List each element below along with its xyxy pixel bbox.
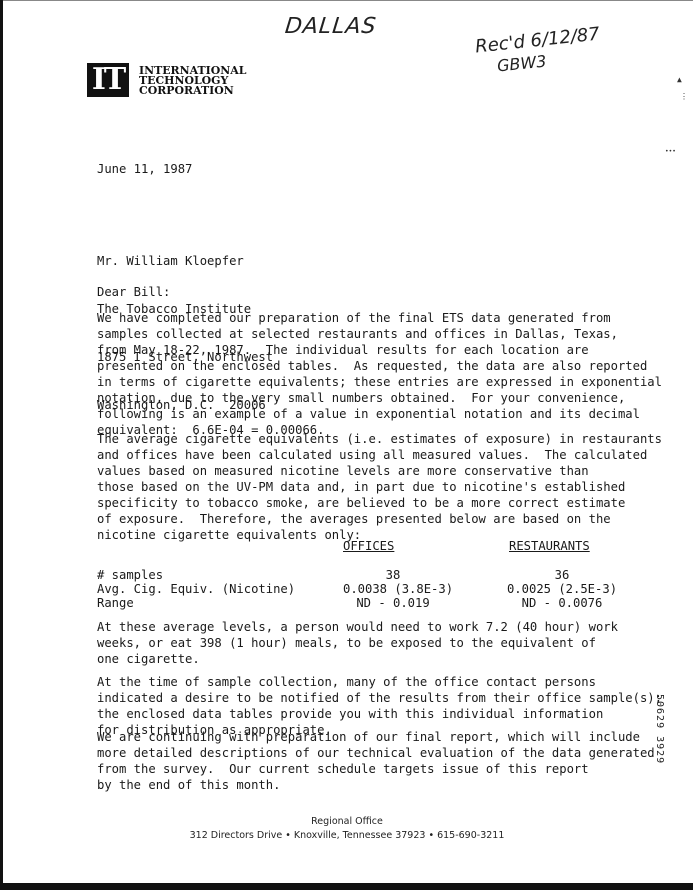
handwritten-initials: GBW3	[496, 51, 547, 75]
scan-mark: •••	[665, 148, 676, 155]
company-letterhead: IT INTERNATIONAL TECHNOLOGY CORPORATION	[87, 63, 252, 97]
table-row: Range ND - 0.019 ND - 0.0076	[97, 595, 657, 611]
it-logo-icon: IT	[87, 63, 129, 97]
column-header-restaurants: RESTAURANTS	[509, 538, 590, 554]
paragraph-intro: We have completed our preparation of the…	[97, 310, 662, 438]
restaurants-value: ND - 0.0076	[505, 595, 619, 611]
scan-edge-top	[0, 0, 693, 1]
letter-date: June 11, 1987	[97, 161, 192, 177]
handwritten-city-note: DALLAS	[284, 14, 378, 39]
footer-office: Regional Office	[37, 816, 657, 827]
footer-address: 312 Directors Drive • Knoxville, Tenness…	[37, 830, 657, 841]
bates-number: 50629 3929	[654, 694, 665, 764]
company-name-line: CORPORATION	[139, 85, 246, 95]
company-name: INTERNATIONAL TECHNOLOGY CORPORATION	[139, 65, 252, 95]
paragraph-exposure: At these average levels, a person would …	[97, 619, 618, 667]
paragraph-averages: The average cigarette equivalents (i.e. …	[97, 431, 662, 543]
recipient-line: Mr. William Kloepfer	[97, 253, 273, 269]
offices-value: ND - 0.019	[343, 595, 443, 611]
scan-mark: ⋮	[680, 92, 688, 101]
salutation: Dear Bill:	[97, 284, 170, 300]
paragraph-final-report: We are continuing with preparation of ou…	[97, 729, 655, 793]
scan-edge-left	[0, 0, 3, 890]
row-label: Range	[97, 595, 134, 611]
scan-edge-bottom	[0, 883, 693, 890]
column-header-offices: OFFICES	[343, 538, 394, 554]
scan-mark: ▲	[677, 75, 682, 84]
